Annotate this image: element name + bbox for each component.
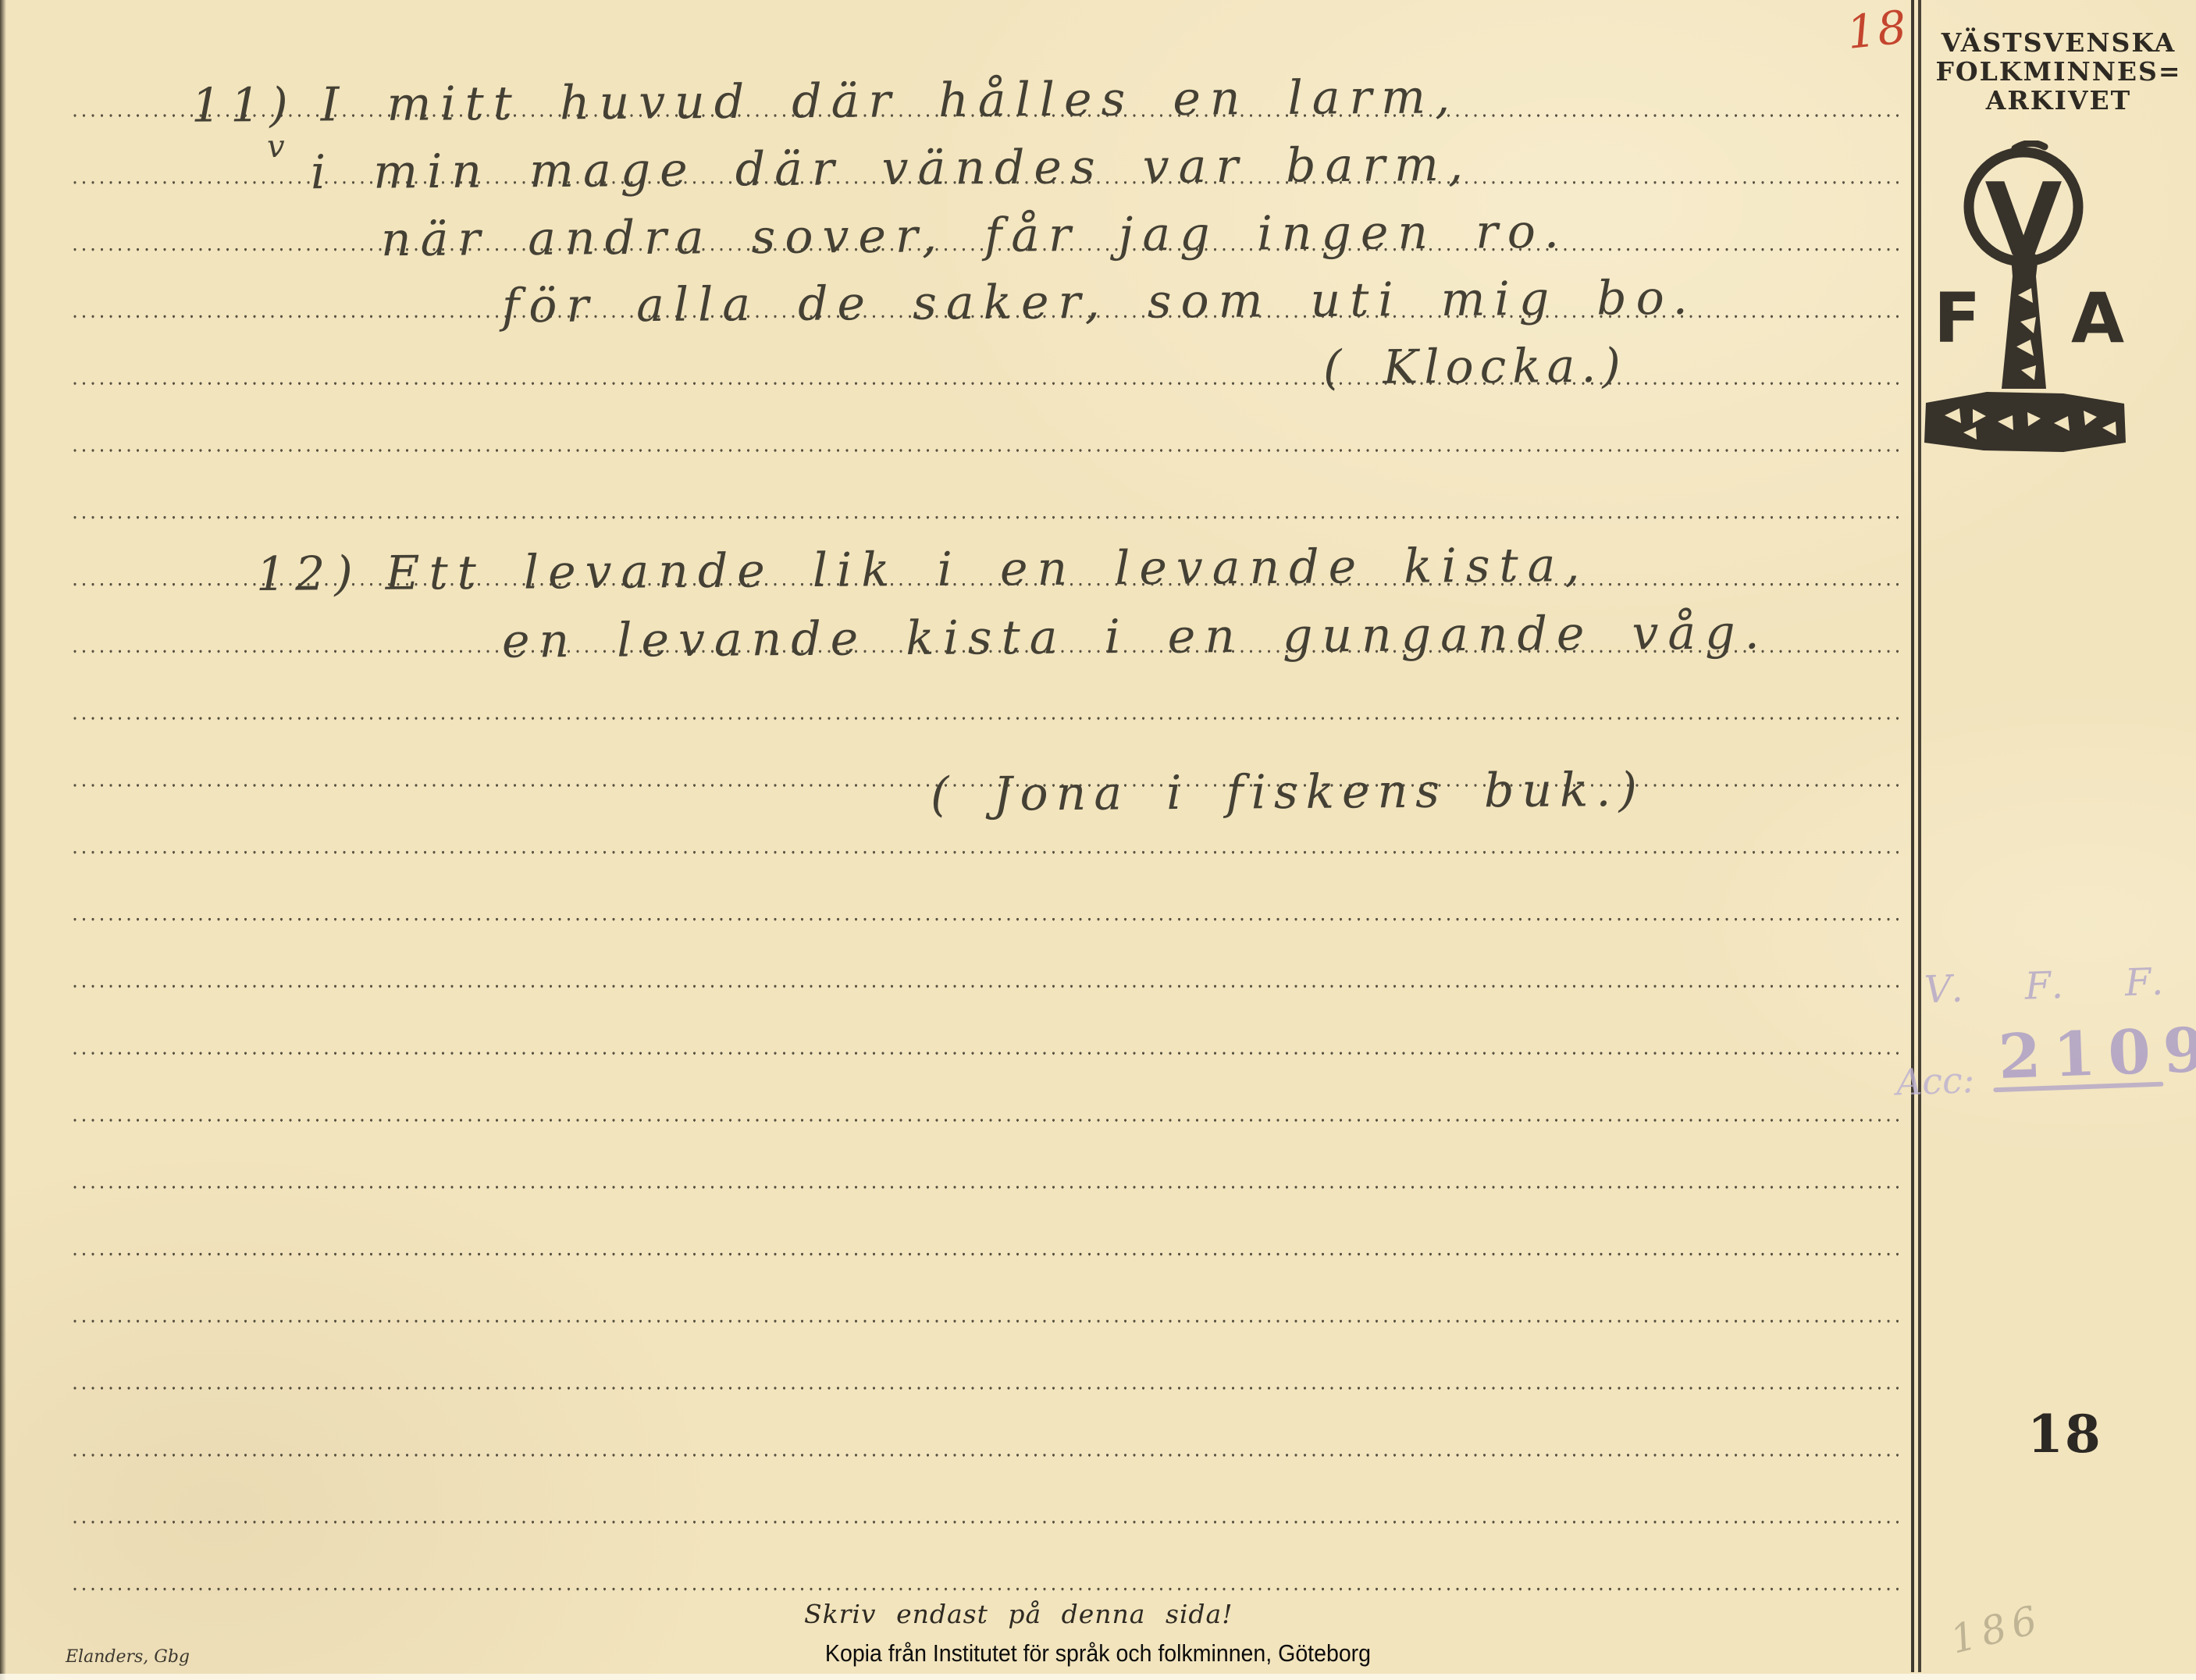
archive-name-line-3: ARKIVET: [1921, 86, 2196, 115]
riddle-11-line-1: 11)I mitt huvud där hålles en larm,: [191, 73, 1460, 129]
riddle-12-line-1: 12)Ett levande lik i en levande kista,: [256, 542, 1589, 598]
scanned-archive-page: 18 11)I mitt huvud där hålles en larm, v…: [0, 0, 2196, 1680]
riddle-11-line-4: för alla de saker, som uti mig bo.: [502, 275, 1697, 330]
accession-stamp: V. F. F. Acc: 2109: [1891, 951, 2193, 1117]
logo-letter-f: F: [1934, 278, 1981, 358]
archive-name-line-2: FOLKMINNES=: [1921, 57, 2196, 86]
logo-letter-a: A: [2071, 278, 2124, 358]
riddle-11-line-3: när andra sover, får jag ingen ro.: [381, 208, 1568, 264]
scan-edge-shadow: [0, 0, 6, 1680]
thors-hammer-logo: V F A: [1917, 141, 2135, 453]
printed-page-number: 18: [2027, 1404, 2102, 1465]
riddle-12-answer: ( Jona i fiskens buk.): [931, 767, 1645, 818]
printed-instruction: Skriv endast på denna sida!: [804, 1599, 1233, 1629]
riddle-11-line-2: i min mage där vändes var barm,: [311, 141, 1472, 196]
riddle-12-line-2: en levande kista i en gungande våg.: [502, 609, 1769, 664]
archive-name: VÄSTSVENSKA FOLKMINNES= ARKIVET: [1921, 28, 2196, 115]
handwritten-folio-number: 18: [1845, 3, 1910, 56]
riddle-12-label: 12): [256, 546, 362, 602]
copy-credit: Kopia från Institutet för språk och folk…: [88, 1639, 2109, 1668]
sidebar-divider-rule-outer: [1911, 0, 1914, 1672]
stamp-initials: V. F. F.: [1924, 959, 2170, 1012]
stamp-acc-number: 2109: [1997, 1014, 2196, 1093]
archive-name-line-1: VÄSTSVENSKA: [1921, 28, 2196, 57]
scan-bottom-edge: [0, 1674, 2196, 1680]
check-mark: v: [267, 123, 285, 170]
stamp-acc-label: Acc:: [1895, 1059, 1975, 1103]
riddle-11-answer: ( Klocka.): [1323, 343, 1627, 392]
